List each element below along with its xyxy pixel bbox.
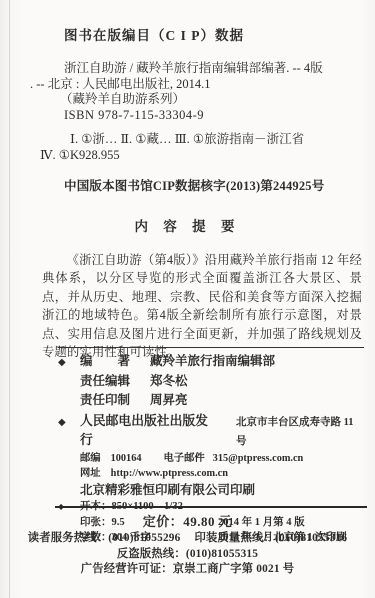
book-copyright-page: 图书在版编目（C I P）数据 浙江自助游 / 藏羚羊旅行指南编辑部编著. --… [0,0,375,598]
divider-thin [58,347,364,348]
responsible-editor-label: 责任编辑 [80,372,138,391]
website-value: http://www.ptpress.com.cn [111,466,228,481]
responsible-editor-value: 郑冬松 [150,372,188,391]
editor-value: 藏羚羊旅行指南编辑部 [150,352,275,371]
postcode-email-row: 邮编 100164 电子邮件 315@ptpress.com.cn [80,451,366,466]
cip-publisher-line: . -- 北京 : 人民邮电出版社, 2014.1 [30,77,375,93]
summary-title: 内 容 提 要 [0,215,375,235]
ad-license-line: 广告经营许可证：京崇工商广字第 0021 号 [0,562,375,578]
hotlines-block: 读者服务热线：(010)81055296印装质量热线：(010)81055316… [0,531,375,578]
postcode-label: 邮编 [80,451,101,466]
service-hotline-line: 读者服务热线：(010)81055296印装质量热线：(010)81055316 [0,531,375,547]
cip-record-block: 浙江自助游 / 藏羚羊旅行指南编辑部编著. -- 4版 . -- 北京 : 人民… [0,61,375,123]
responsible-editor-row: 责任编辑 郑冬松 [58,372,366,391]
divider-thick [55,506,367,508]
printing-company-line: 北京精彩雅恒印刷有限公司印刷 [80,482,366,499]
website-row: 网址 http://www.ptpress.com.cn [80,466,366,481]
quality-hotline: 印装质量热线：(010)81055316 [195,532,348,544]
summary-paragraph: 《浙江自助游（第4版）》沿用藏羚羊旅行指南 12 年经典体系，以分区导览的形式全… [42,251,362,361]
cip-title-line: 浙江自助游 / 藏羚羊旅行指南编辑部编著. -- 4版 [64,61,375,77]
price-line: 定价：49.80 元 [0,511,375,530]
editor-row: ◆ 编 著 藏羚羊旅行指南编辑部 [58,352,366,372]
classification-line-2: Ⅳ. ①K928.955 [40,148,375,164]
classification-line-1: Ⅰ. ①浙… Ⅱ. ①藏… Ⅲ. ①旅游指南－浙江省 [70,132,375,148]
responsible-printer-label: 责任印制 [80,391,138,410]
antipiracy-hotline-line: 反盗版热线：(010)81055315 [0,547,375,563]
website-label: 网址 [80,466,101,481]
publisher-name: 人民邮电出版社出版发行 [80,412,220,450]
classification-block: Ⅰ. ①浙… Ⅱ. ①藏… Ⅲ. ①旅游指南－浙江省 Ⅳ. ①K928.955 [0,132,375,163]
reader-hotline: 读者服务热线：(010)81055296 [28,532,181,544]
postcode-value: 100164 [111,451,142,466]
publisher-row: ◆ 人民邮电出版社出版发行 北京市丰台区成寿寺路 11 号 [58,412,366,451]
diamond-bullet-icon: ◆ [58,353,80,372]
editor-label: 编 著 [80,352,138,371]
isbn-line: ISBN 978-7-115-33304-9 [64,108,375,124]
responsible-printer-value: 周昇亮 [150,391,188,410]
email-value: 315@ptpress.com.cn [213,451,304,466]
cip-registration-line: 中国版本图书馆CIP数据核字(2013)第244925号 [64,176,375,194]
publisher-address: 北京市丰台区成寿寺路 11 号 [236,413,366,451]
responsible-printer-row: 责任印制 周昇亮 [58,391,366,410]
diamond-bullet-icon: ◆ [58,413,80,432]
cip-header: 图书在版编目（C I P）数据 [64,24,375,44]
email-label: 电子邮件 [163,451,204,466]
cip-series-line: （藏羚羊自助游系列） [60,92,375,108]
